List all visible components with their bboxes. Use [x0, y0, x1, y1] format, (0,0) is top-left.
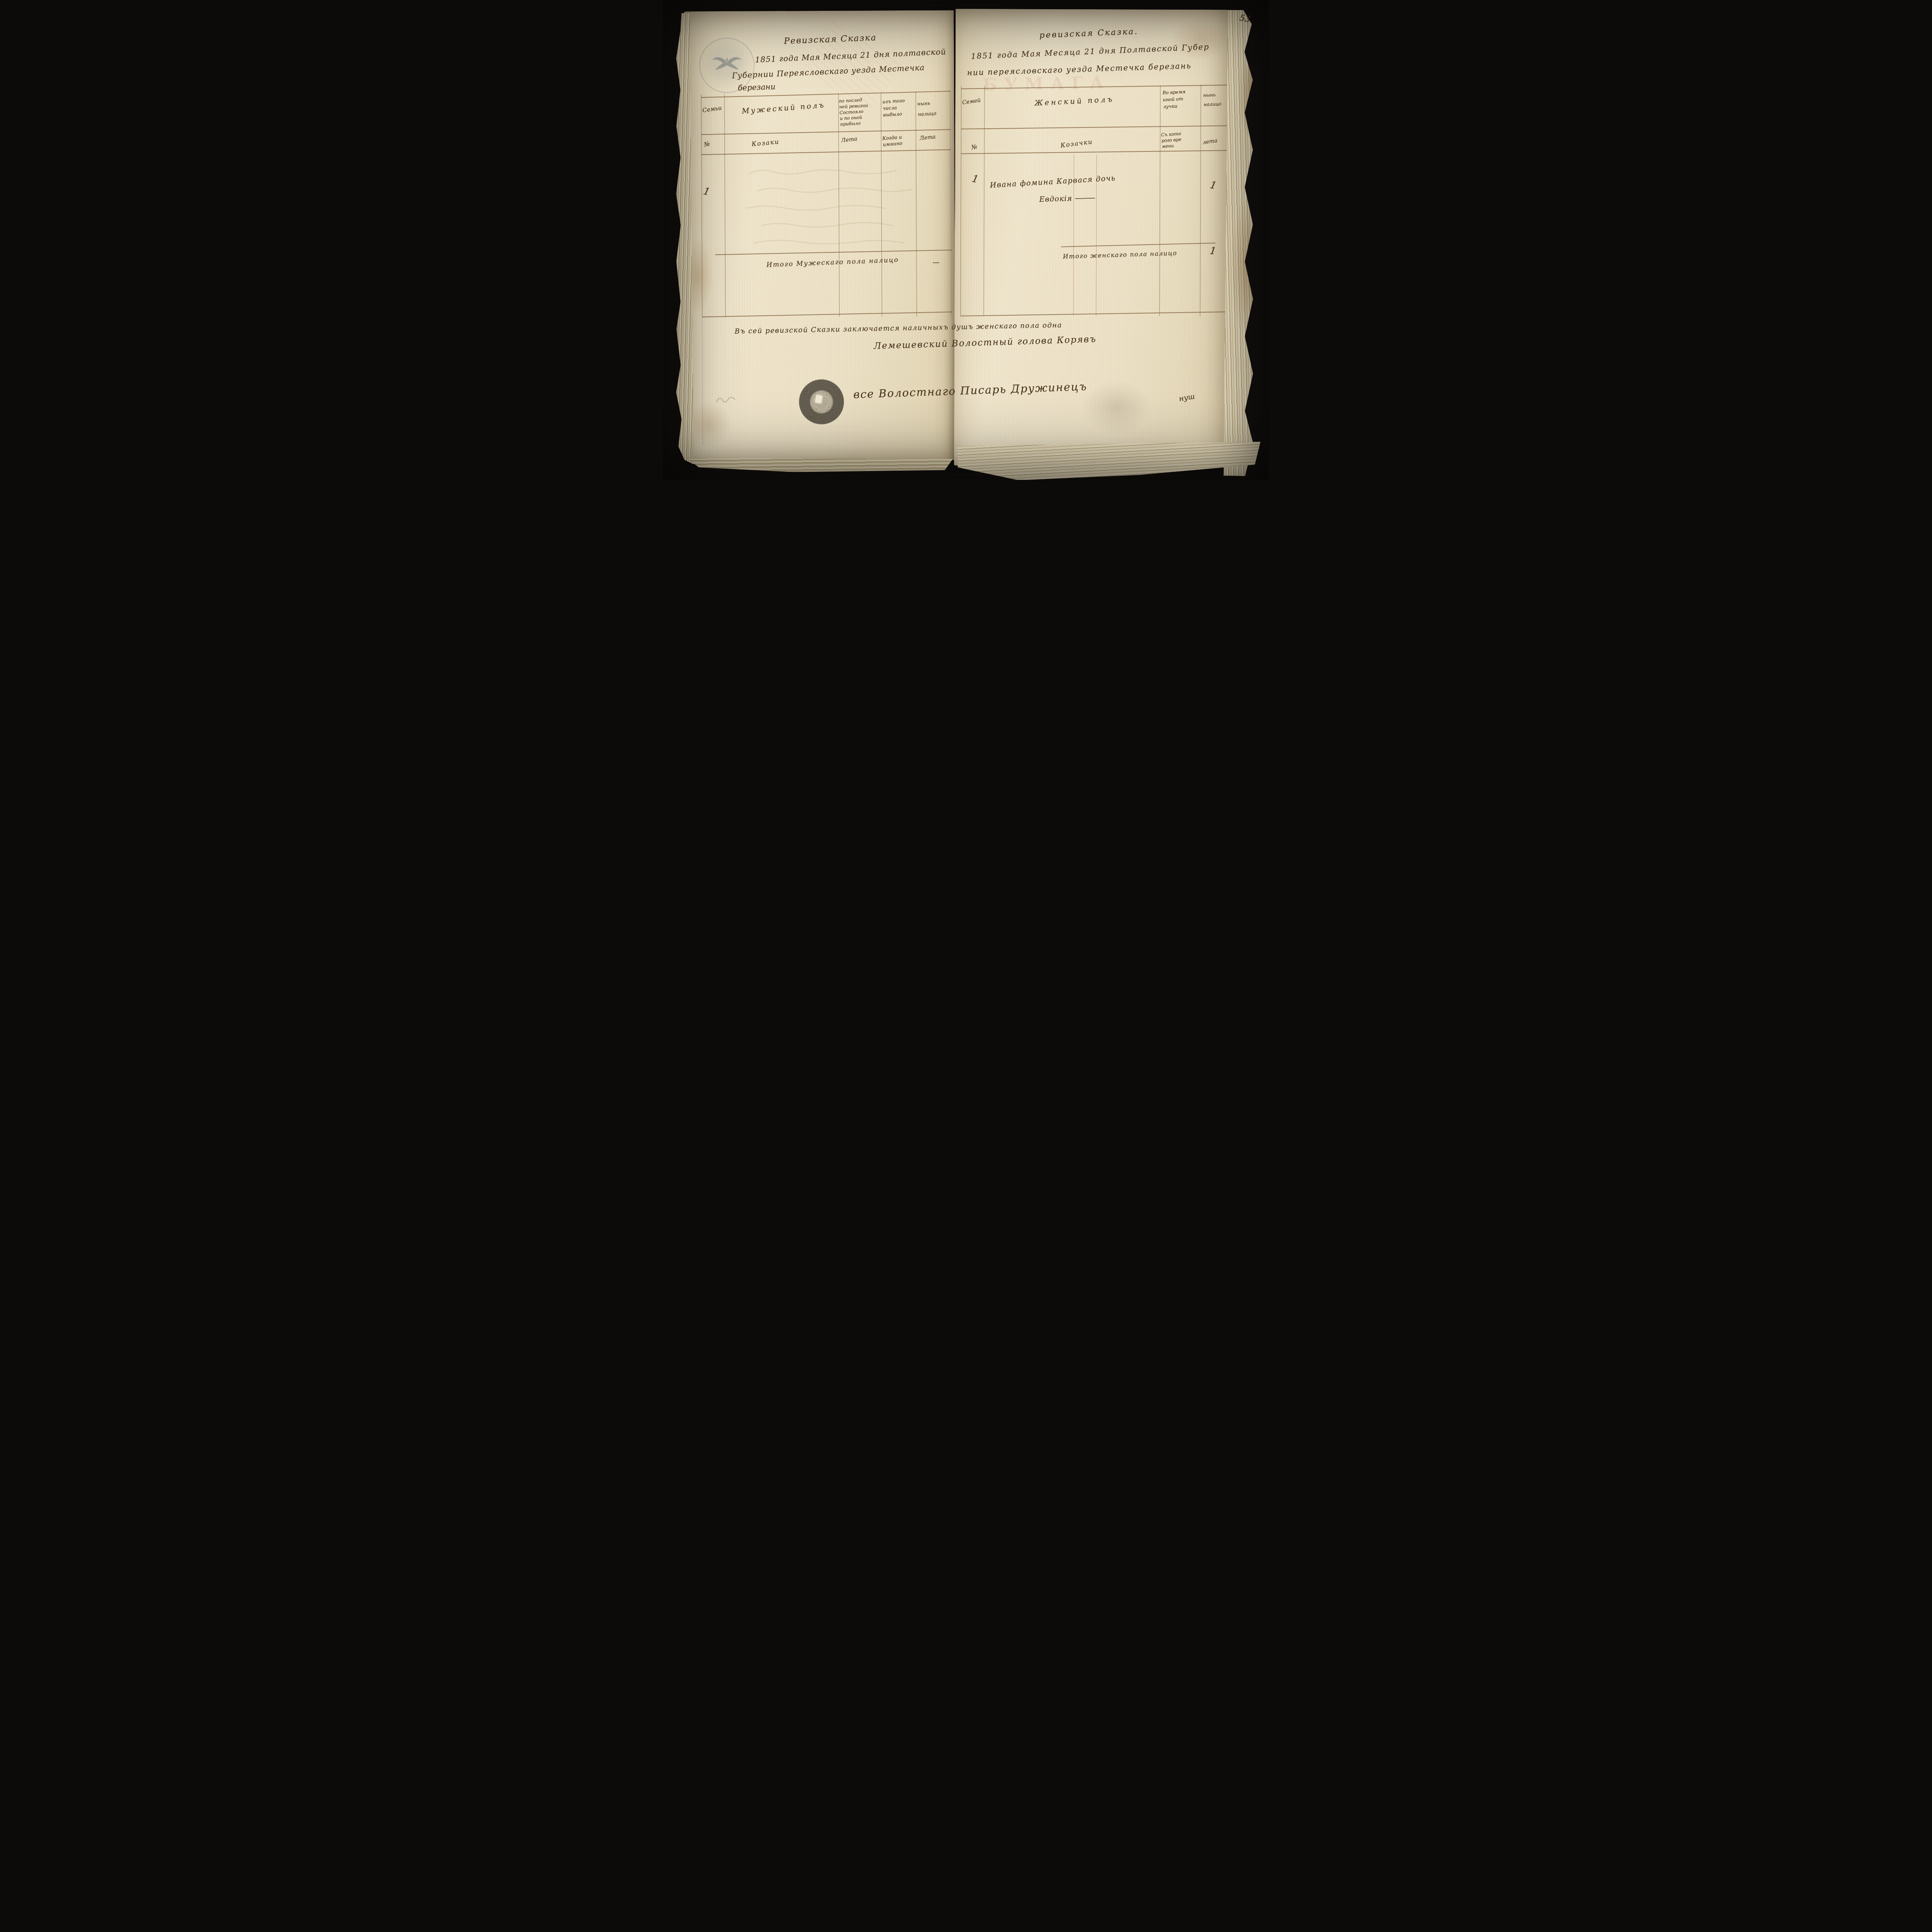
paper-stain — [1172, 17, 1230, 60]
left-sub-group: Козаки — [751, 135, 810, 148]
left-table-bottom-rule — [702, 311, 952, 317]
scan-viewport: Ревизская Сказка 1851 года Мая Месяца 21… — [0, 0, 1932, 480]
archival-book-scan: Ревизская Сказка 1851 года Мая Месяца 21… — [663, 0, 1269, 480]
right-table-vline-3 — [1200, 85, 1201, 316]
left-col-male-header: Мужеский полъ — [742, 100, 833, 116]
right-sub-age: лета — [1202, 136, 1226, 146]
folio-number: 53 — [1239, 13, 1251, 24]
left-sub-when: Когда и имянно — [882, 133, 918, 148]
right-table-header-rule — [961, 125, 1229, 129]
bottom-left-page-edges — [685, 457, 953, 473]
left-sub-age1: Лета — [841, 134, 872, 144]
right-sub-no: № — [971, 143, 978, 151]
left-totals-value: — — [932, 259, 939, 267]
right-table-subheader-rule — [961, 150, 1229, 154]
right-sub-since: Съ кото рого вре мени — [1161, 130, 1199, 150]
left-table-vline-right — [950, 91, 952, 316]
right-col-family-header: Семей — [962, 97, 981, 106]
right-col-female-header: Женский полъ — [1034, 94, 1135, 108]
left-header-line4: березани — [738, 81, 796, 93]
right-entry-value: 1 — [1209, 179, 1218, 192]
left-page-edges — [668, 13, 694, 464]
right-totals-label: Итого женскаго пола налицо — [1063, 248, 1210, 260]
right-col-now-header: нынь налицо — [1203, 90, 1228, 109]
right-entry-name2: Евдокія ——— — [1039, 191, 1167, 204]
left-col-family-header: Семьи — [702, 104, 723, 114]
left-col-now-header: нынь налицо — [917, 97, 950, 119]
ink-bleed-through — [734, 161, 951, 262]
left-col-prev-header: по послед ней ревизии Состояло и по оной… — [839, 96, 881, 128]
right-entry-name: Ивана фомина Карвася дочь — [990, 171, 1162, 190]
right-table-vline-outer — [960, 86, 961, 316]
left-sub-age2: Лета — [919, 133, 947, 142]
right-page-edges — [1223, 10, 1267, 476]
right-entry-underline — [1061, 243, 1216, 247]
right-table-vline-2 — [1159, 85, 1160, 316]
right-totals-value: 1 — [1209, 245, 1217, 257]
right-sub-group: Козачки — [1060, 133, 1130, 149]
right-table-bottom-rule — [960, 311, 1228, 316]
left-table-vline-1 — [724, 95, 726, 317]
left-table-subheader-rule — [701, 149, 951, 155]
right-table-vline-1 — [983, 86, 985, 316]
pencil-scribble — [713, 390, 740, 410]
left-sub-no: № — [703, 140, 711, 148]
left-entry-number: 1 — [702, 185, 711, 198]
left-margin-line — [702, 317, 703, 445]
right-entry-number: 1 — [971, 173, 980, 186]
right-title: ревизская Сказка. — [1025, 26, 1153, 40]
left-col-left-header: изъ того числа выбыло — [882, 97, 915, 119]
right-col-away-header: Во время иной от лучки — [1162, 88, 1200, 111]
bottom-right-page-edges — [957, 440, 1261, 480]
fill-dash: ——— — [1075, 194, 1095, 203]
stamp-void — [815, 395, 822, 403]
